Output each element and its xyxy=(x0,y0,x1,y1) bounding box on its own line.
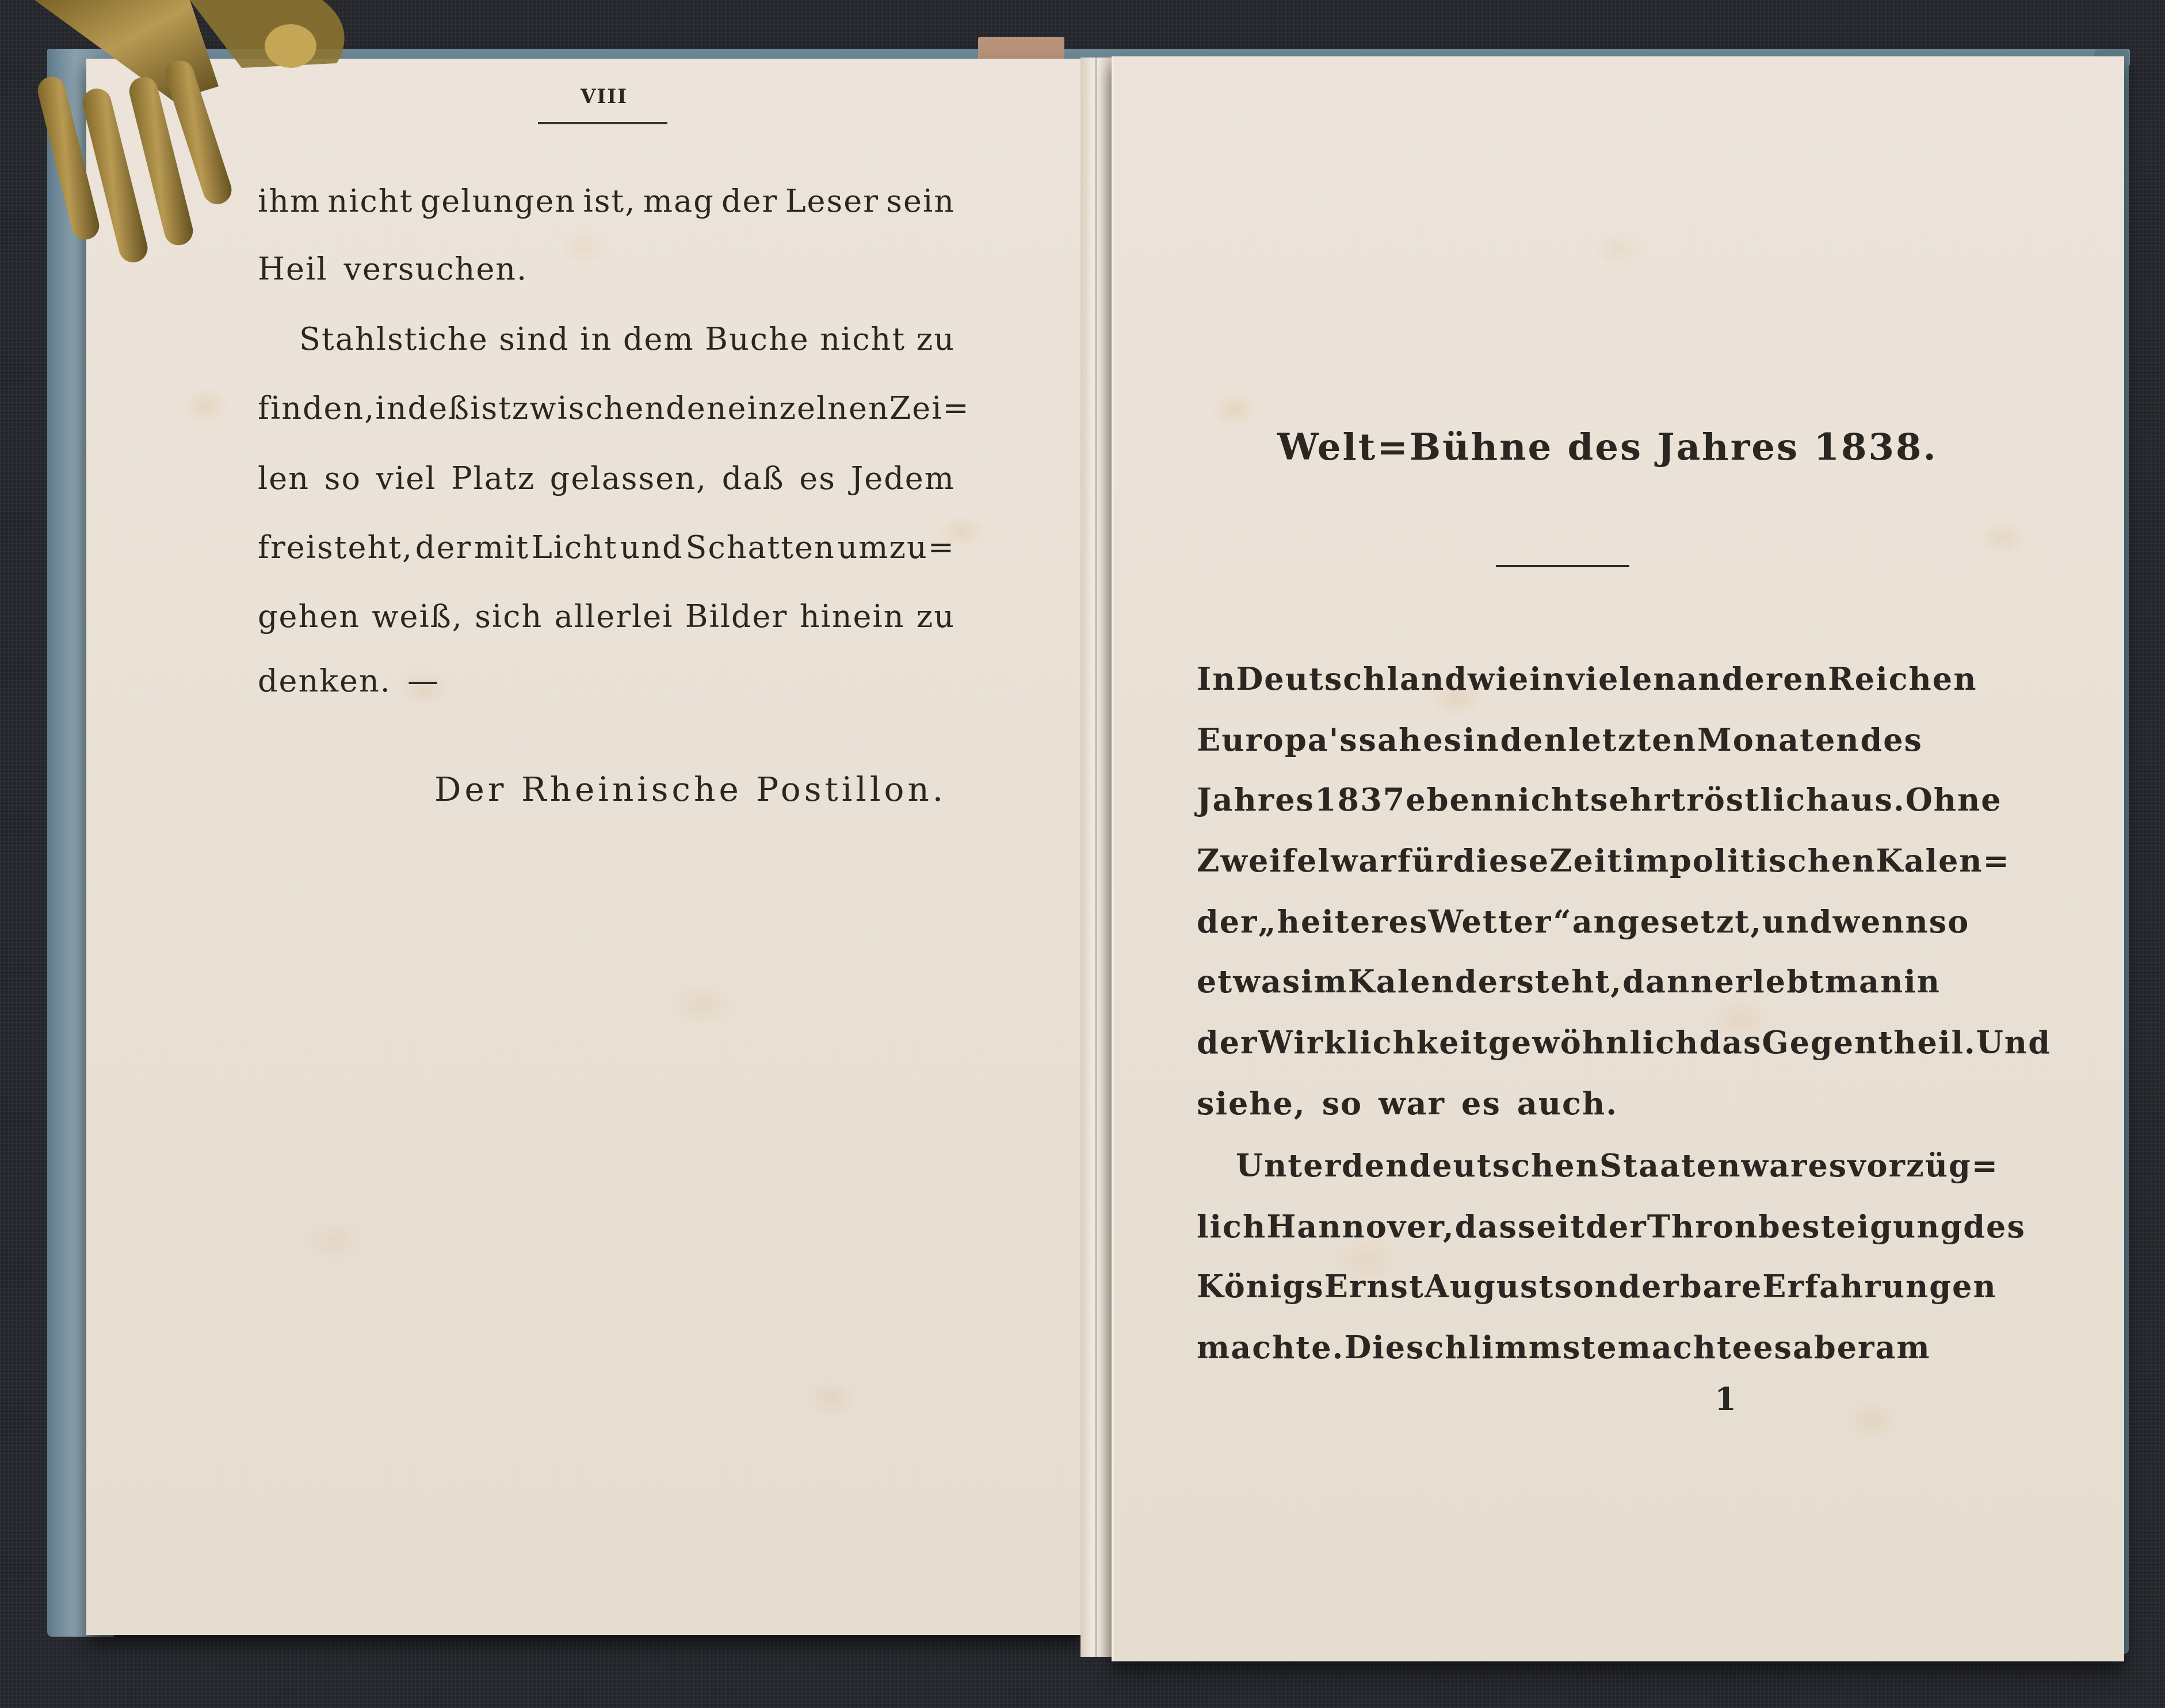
word: lich xyxy=(1197,1208,1266,1245)
word: in xyxy=(1529,660,1566,697)
word: Stahlstiche xyxy=(299,321,488,358)
word: seit xyxy=(1518,1208,1586,1245)
word: hinein xyxy=(800,598,905,635)
word: Die xyxy=(1344,1329,1406,1366)
word: der xyxy=(1197,1024,1258,1061)
word: anderen xyxy=(1677,660,1828,697)
word: Monaten xyxy=(1697,721,1860,758)
word: gewöhnlich xyxy=(1488,1024,1699,1061)
text-line: Jahres1837ebennichtsehrtröstlichaus.Ohne xyxy=(1197,781,1923,818)
word: freisteht, xyxy=(258,529,413,566)
word: politischen xyxy=(1670,842,1876,879)
text-line: denken.— xyxy=(258,663,955,700)
word: finden, xyxy=(258,390,376,427)
chapter-title: Welt=Bühne des Jahres 1838. xyxy=(1277,426,1853,469)
word: weiß, xyxy=(372,598,463,635)
word: so xyxy=(1929,903,1969,940)
word: Ernst xyxy=(1324,1268,1425,1305)
word: daß xyxy=(722,460,785,497)
word: es xyxy=(1461,1085,1501,1122)
word: zu xyxy=(917,321,955,358)
word: Leser xyxy=(785,183,879,220)
text-line: Europa'ssahesindenletztenMonatendes xyxy=(1197,721,1923,758)
word: Buche xyxy=(705,321,809,358)
word: indeß xyxy=(376,390,471,427)
word: sonderbare xyxy=(1554,1268,1762,1305)
text-line: UnterdendeutschenStaatenwaresvorzüg= xyxy=(1236,1147,1923,1184)
word: das xyxy=(1455,1208,1518,1245)
text-line: lensovielPlatzgelassen,daßesJedem xyxy=(258,460,955,497)
word: Zeit xyxy=(1549,842,1622,879)
word: Europa's xyxy=(1197,721,1358,758)
word: letzten xyxy=(1568,721,1697,758)
word: Reichen xyxy=(1828,660,1977,697)
word: Ohne xyxy=(1906,781,2002,818)
word: umzu= xyxy=(838,529,955,566)
word: deutschen xyxy=(1409,1147,1599,1184)
word: in xyxy=(1463,721,1500,758)
word: und xyxy=(1762,903,1832,940)
word: eben xyxy=(1406,781,1494,818)
word: Zweifel xyxy=(1197,842,1331,879)
text-line: ihmnichtgelungenist,magderLesersein xyxy=(258,183,955,220)
text-line: gehenweiß,sichallerleiBilderhineinzu xyxy=(258,598,955,635)
word: Jahres xyxy=(1197,781,1315,818)
word: Jedem xyxy=(851,460,955,497)
word: des xyxy=(1963,1208,2026,1245)
word: es xyxy=(799,460,836,497)
word: der xyxy=(1197,903,1258,940)
word: der xyxy=(721,183,778,220)
word: am xyxy=(1876,1329,1931,1366)
word: ist, xyxy=(583,183,636,220)
word: war xyxy=(1741,1147,1808,1184)
word: Unter xyxy=(1236,1147,1342,1184)
word: tröstlich xyxy=(1671,781,1830,818)
word: im xyxy=(1301,963,1348,1000)
word: war xyxy=(1379,1085,1445,1122)
word: Und xyxy=(1976,1024,2051,1061)
word: und xyxy=(620,529,684,566)
text-line: machte.Dieschlimmstemachteesaberam xyxy=(1197,1329,1923,1366)
word: August xyxy=(1425,1268,1555,1305)
word: des xyxy=(1860,721,1923,758)
word: wenn xyxy=(1832,903,1929,940)
word: steht, xyxy=(1516,963,1622,1000)
word: allerlei xyxy=(555,598,674,635)
word: das xyxy=(1699,1024,1762,1061)
gutter-fold-line xyxy=(1095,58,1097,1657)
word: vielen xyxy=(1566,660,1677,697)
word: ist xyxy=(470,390,512,427)
word: Schatten xyxy=(685,529,835,566)
word: auch. xyxy=(1517,1085,1618,1122)
word: 1837 xyxy=(1315,781,1406,818)
word: versuchen. xyxy=(344,251,528,288)
word: sich xyxy=(475,598,543,635)
word: In xyxy=(1197,660,1236,697)
word: im xyxy=(1622,842,1670,879)
word: sehr xyxy=(1590,781,1671,818)
word: Licht xyxy=(532,529,618,566)
word: aus. xyxy=(1830,781,1905,818)
text-line: derWirklichkeitgewöhnlichdasGegentheil.U… xyxy=(1197,1024,1923,1061)
text-line: freisteht,dermitLichtundSchattenumzu= xyxy=(258,529,955,566)
word: sah xyxy=(1359,721,1423,758)
running-head-page-number: VIII xyxy=(558,85,650,108)
word: len xyxy=(258,460,310,497)
word: Wetter“ xyxy=(1428,903,1572,940)
text-line: InDeutschlandwieinvielenanderenReichen xyxy=(1197,660,1923,697)
word: erlebt xyxy=(1714,963,1824,1000)
word: Erfahrungen xyxy=(1762,1268,1996,1305)
word: siehe, xyxy=(1197,1085,1306,1122)
text-line: lichHannover,dasseitderThronbesteigungde… xyxy=(1197,1208,1923,1245)
text-line: ZweifelwarfürdieseZeitimpolitischenKalen… xyxy=(1197,842,1923,879)
word: so xyxy=(1322,1085,1362,1122)
word: in xyxy=(1904,963,1941,1000)
word: der xyxy=(415,529,472,566)
text-line: siehe,sowaresauch. xyxy=(1197,1085,1923,1122)
word: Bilder xyxy=(685,598,788,635)
word: Hannover, xyxy=(1266,1208,1455,1245)
word: viel xyxy=(376,460,437,497)
word: denken. xyxy=(258,663,391,700)
word: so xyxy=(324,460,361,497)
word: machte. xyxy=(1197,1329,1344,1366)
word: Staaten xyxy=(1599,1147,1741,1184)
word: Deutschland xyxy=(1236,660,1468,697)
word: es xyxy=(1808,1147,1847,1184)
word: schlimmste xyxy=(1406,1329,1618,1366)
signature: Der Rheinische Postillon. xyxy=(434,770,906,809)
text-line: StahlstichesindindemBuchenichtzu xyxy=(299,321,955,358)
word: wie xyxy=(1468,660,1529,697)
word: gehen xyxy=(258,598,360,635)
word: einzelnen xyxy=(728,390,889,427)
word: war xyxy=(1331,842,1397,879)
word: zwischen xyxy=(512,390,666,427)
word: es xyxy=(1423,721,1463,758)
word: nicht xyxy=(1494,781,1590,818)
page-number: 1 xyxy=(1715,1381,1738,1417)
word: diese xyxy=(1453,842,1549,879)
word: sind xyxy=(499,321,569,358)
word: Thronbesteigung xyxy=(1647,1208,1964,1245)
word: angesetzt, xyxy=(1572,903,1762,940)
word: für xyxy=(1397,842,1453,879)
word: sein xyxy=(886,183,955,220)
word: mag xyxy=(643,183,715,220)
text-line: KönigsErnstAugustsonderbareErfahrungen xyxy=(1197,1268,1923,1305)
left-page xyxy=(86,59,1084,1635)
word: Wirklichkeit xyxy=(1258,1024,1488,1061)
running-head-rule xyxy=(538,122,667,124)
word: man xyxy=(1825,963,1904,1000)
word: — xyxy=(407,663,440,700)
word: es xyxy=(1753,1329,1793,1366)
text-line: der„heiteresWetter“angesetzt,undwennso xyxy=(1197,903,1923,940)
word: den xyxy=(1500,721,1568,758)
word: etwas xyxy=(1197,963,1301,1000)
word: in xyxy=(580,321,612,358)
word: Gegentheil. xyxy=(1762,1024,1976,1061)
word: aber xyxy=(1793,1329,1876,1366)
text-line: Heilversuchen. xyxy=(258,251,955,288)
word: den xyxy=(1342,1147,1409,1184)
torn-paper-stub xyxy=(978,37,1064,60)
word: Kalen= xyxy=(1876,842,2010,879)
word: Zei= xyxy=(889,390,970,427)
word: zu xyxy=(917,598,955,635)
word: mit xyxy=(474,529,529,566)
word: machte xyxy=(1618,1329,1754,1366)
word: dann xyxy=(1622,963,1714,1000)
word: gelungen xyxy=(421,183,576,220)
word: Platz xyxy=(451,460,535,497)
word: Königs xyxy=(1197,1268,1324,1305)
word: Kalender xyxy=(1348,963,1517,1000)
word: nicht xyxy=(820,321,906,358)
word: vorzüg= xyxy=(1847,1147,1999,1184)
title-rule xyxy=(1496,565,1629,567)
word: der xyxy=(1586,1208,1647,1245)
text-line: etwasimKalendersteht,dannerlebtmanin xyxy=(1197,963,1923,1000)
text-line: finden,indeßistzwischendeneinzelnenZei= xyxy=(258,390,955,427)
word: den xyxy=(666,390,727,427)
word: „heiteres xyxy=(1258,903,1429,940)
brass-hand-paperweight-icon xyxy=(0,0,357,265)
word: gelassen, xyxy=(550,460,707,497)
word: dem xyxy=(623,321,694,358)
